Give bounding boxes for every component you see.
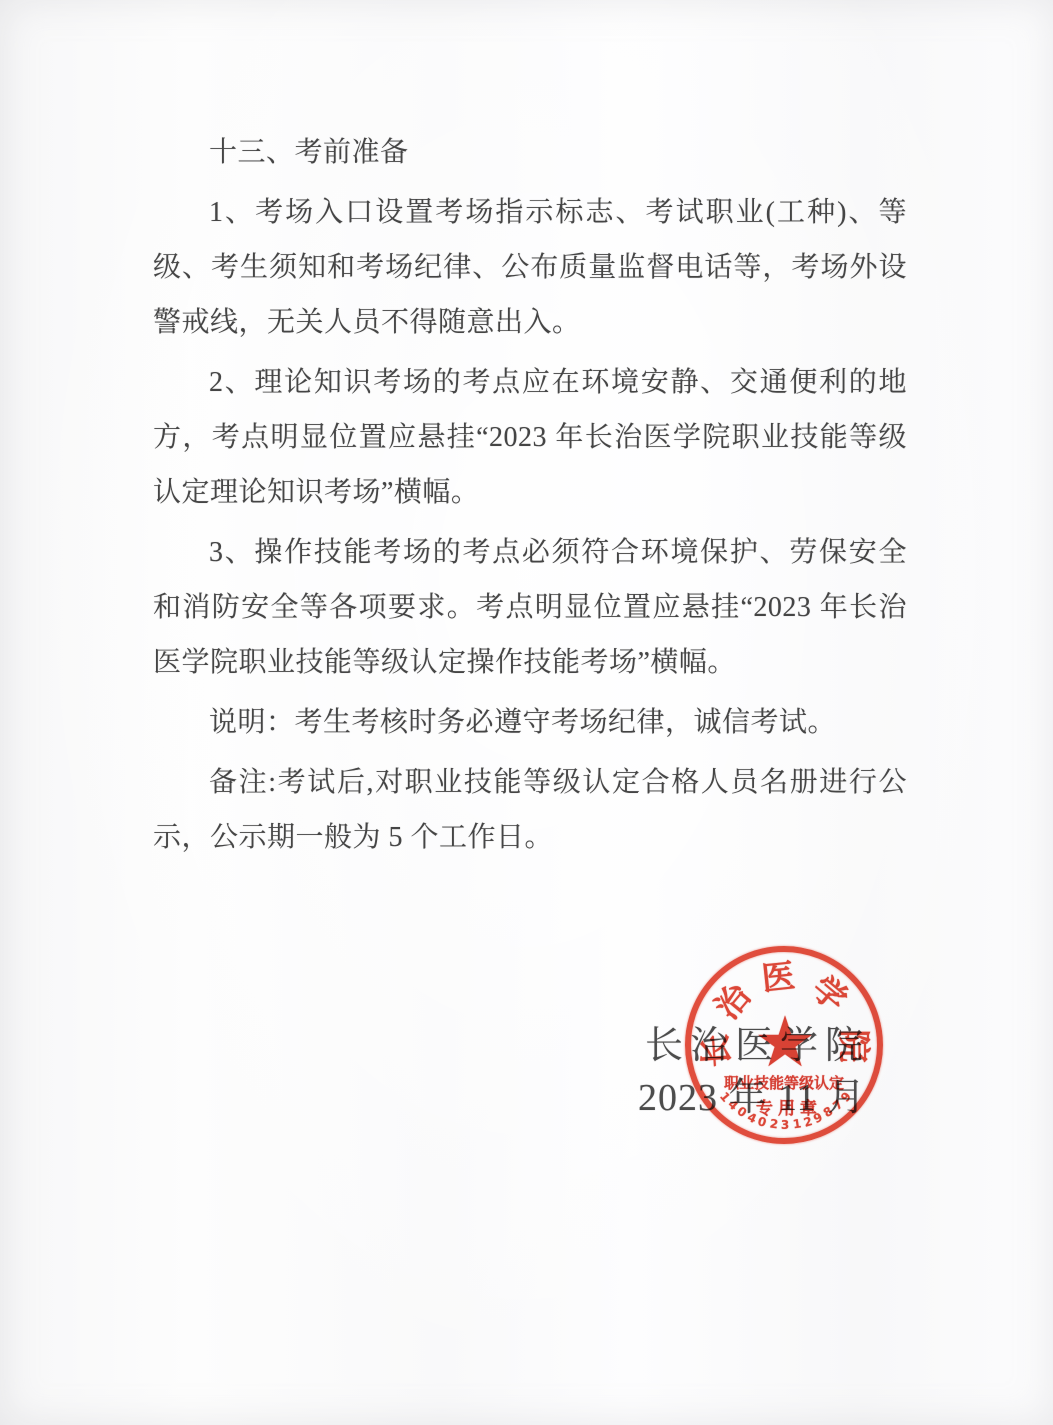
seal-arc-char: 院 — [833, 1030, 880, 1063]
paragraph-note-shuoming: 说明：考生考核时务必遵守考场纪律，诚信考试。 — [153, 695, 907, 750]
paragraph-3: 3、操作技能考场的考点必须符合环境保护、劳保安全和消防安全等各项要求。考点明显位… — [153, 525, 907, 690]
seal-serial-digit: 2 — [768, 1117, 778, 1132]
seal-arc-char: 长 — [689, 1033, 738, 1069]
seal-star-icon: ★ — [754, 1007, 817, 1077]
seal-text-line1: 职业技能等级认定 — [685, 1072, 883, 1096]
document-body: 十三、考前准备 1、考场入口设置考场指示标志、考试职业(工种)、等级、考生须知和… — [153, 120, 907, 865]
document-page: 十三、考前准备 1、考场入口设置考场指示标志、考试职业(工种)、等级、考生须知和… — [0, 0, 1053, 1425]
official-seal-stamp: 长 治 医 学 院 ★ 职业技能等级认定 专用章 1 4 0 4 0 2 3 1… — [685, 946, 883, 1144]
paragraph-note-beizhu: 备注:考试后,对职业技能等级认定合格人员名册进行公示，公示期一般为 5 个工作日… — [153, 755, 907, 865]
seal-serial-digit: 1 — [791, 1117, 801, 1132]
section-heading: 十三、考前准备 — [153, 125, 907, 180]
seal-serial-digit: 3 — [781, 1118, 789, 1132]
paragraph-1: 1、考场入口设置考场指示标志、考试职业(工种)、等级、考生须知和考场纪律、公布质… — [153, 185, 907, 350]
seal-arc-char: 医 — [759, 950, 797, 1000]
paragraph-2: 2、理论知识考场的考点应在环境安静、交通便利的地方，考点明显位置应悬挂“2023… — [153, 355, 907, 520]
